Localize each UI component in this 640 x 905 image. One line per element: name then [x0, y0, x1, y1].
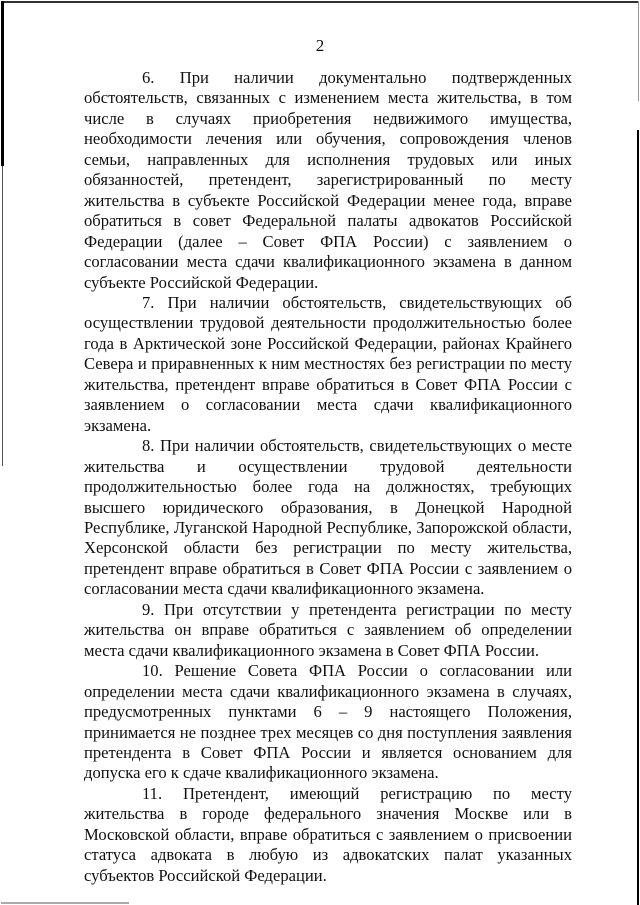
paragraph-8: 8. При наличии обстоятельств, свидетельс… — [84, 436, 572, 600]
scan-border-top — [2, 1, 638, 3]
page-number: 2 — [0, 36, 640, 56]
scan-border-bottom — [1, 902, 129, 904]
paragraph-7: 7. При наличии обстоятельств, свидетельс… — [84, 293, 572, 436]
paragraph-11: 11. Претендент, имеющий регистрацию по м… — [84, 784, 572, 886]
scan-border-left-thin — [2, 166, 3, 466]
paragraph-6: 6. При наличии документально подтвержден… — [84, 68, 572, 293]
paragraph-9: 9. При отсутствии у претендента регистра… — [84, 600, 572, 661]
paragraph-10: 10. Решение Совета ФПА России о согласов… — [84, 661, 572, 784]
scan-border-right — [637, 130, 639, 905]
document-page: 2 6. При наличии документально подтвержд… — [0, 0, 640, 905]
document-body: 6. При наличии документально подтвержден… — [84, 68, 572, 886]
scan-border-left — [1, 1, 4, 166]
